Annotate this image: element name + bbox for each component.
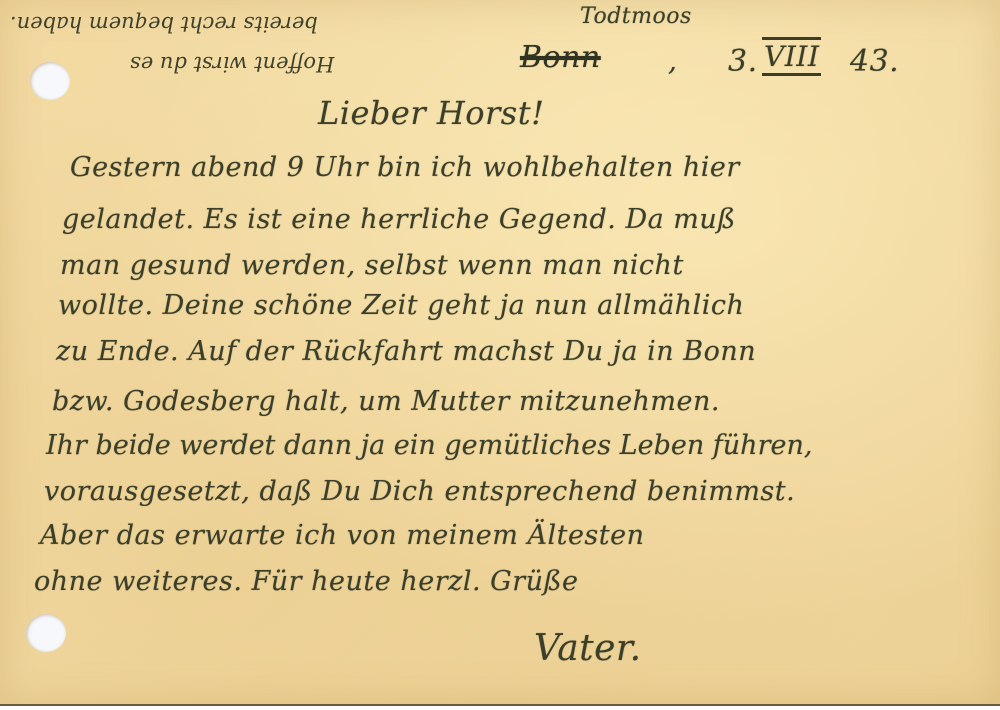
date-month-roman: VIII xyxy=(762,37,821,76)
letter-line-10: ohne weiteres. Für heute herzl. Grüße xyxy=(34,566,579,597)
salutation: Lieber Horst! xyxy=(318,94,544,132)
letter-line-7: Ihr beide werdet dann ja ein gemütliches… xyxy=(46,430,812,461)
date-year: 43. xyxy=(850,44,899,79)
date-month: VIII xyxy=(762,40,821,73)
postcard: bereits recht bequem haben. Hoffent wirs… xyxy=(0,0,1000,706)
letter-line-8: vorausgesetzt, daß Du Dich entsprechend … xyxy=(44,476,795,507)
letter-line-6: bzw. Godesberg halt, um Mutter mitzunehm… xyxy=(52,386,720,417)
letter-line-9: Aber das erwarte ich von meinem Ältesten xyxy=(40,520,645,551)
letter-line-5: zu Ende. Auf der Rückfahrt machst Du ja … xyxy=(56,336,756,367)
letter-line-1: Gestern abend 9 Uhr bin ich wohlbehalten… xyxy=(70,152,740,183)
punch-hole-top xyxy=(30,62,70,100)
place-crossed-out: Bonn xyxy=(520,40,601,75)
letter-line-2: gelandet. Es ist eine herrliche Gegend. … xyxy=(62,204,736,235)
signature: Vater. xyxy=(534,628,642,669)
date-day: 3. xyxy=(728,44,758,79)
place-comma: , xyxy=(668,44,677,77)
letter-line-3: man gesund werden, selbst wenn man nicht xyxy=(60,250,684,281)
margin-note-line-2: bereits recht bequem haben. xyxy=(10,12,318,36)
margin-note-line-1: Hoffent wirst du es xyxy=(130,52,334,76)
place-inserted: Todtmoos xyxy=(580,4,692,29)
punch-hole-bottom xyxy=(26,614,66,652)
letter-line-4: wollte. Deine schöne Zeit geht ja nun al… xyxy=(58,290,744,321)
